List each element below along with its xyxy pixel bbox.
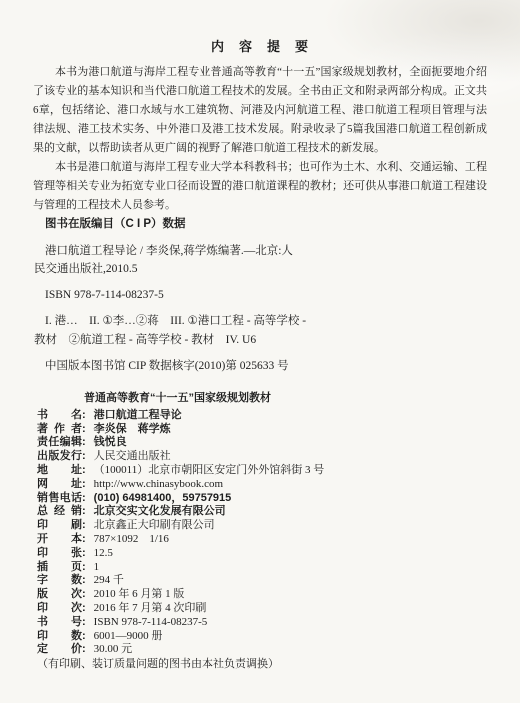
- colophon-row-value: 294 千: [94, 574, 124, 588]
- summary-section: 本书为港口航道与海岸工程专业普通高等教育“十一五”国家级规划教材，全面扼要地介绍…: [33, 63, 487, 215]
- cip-registry: 中国版本图书馆 CIP 数据核字(2010)第 025633 号: [34, 357, 334, 376]
- colophon-row-value: 2010 年 6 月第 1 版: [94, 588, 185, 602]
- colophon-row-value: http://www.chinasybook.com: [94, 478, 223, 492]
- colophon-row-label: 定价: [37, 643, 86, 657]
- cip-isbn: ISBN 978-7-114-08237-5: [34, 286, 334, 305]
- colophon-row-label: 书号: [37, 616, 86, 630]
- colophon-row: 版次 2010 年 6 月第 1 版: [37, 588, 499, 602]
- cip-classification-line: I. 港… II. ①李…②蒋 III. ①港口工程 - 高等学校 -: [34, 312, 334, 331]
- colophon-row-value: 人民交通出版社: [94, 450, 171, 464]
- series-title: 普通高等教育“十一五”国家级规划教材: [84, 392, 499, 406]
- colophon-row-label: 插页: [37, 561, 86, 575]
- colophon-row: 书号 ISBN 978-7-114-08237-5: [37, 616, 499, 630]
- colophon-row-value: 1: [94, 561, 100, 575]
- cip-heading: 图书在版编目（C I P）数据: [34, 215, 334, 234]
- colophon-row-value: 李炎保 蒋学炼: [94, 423, 171, 437]
- colophon-row-value: 2016 年 7 月第 4 次印刷: [94, 602, 207, 616]
- colophon-row: 定价 30.00 元: [37, 643, 499, 657]
- colophon-row: 总经销 北京交实文化发展有限公司: [37, 505, 499, 519]
- cip-classification-line: 教材 ②航道工程 - 高等学校 - 教材 IV. U6: [34, 331, 334, 350]
- colophon-row: 出版发行 人民交通出版社: [37, 450, 499, 464]
- colophon-row: 印次 2016 年 7 月第 4 次印刷: [37, 602, 499, 616]
- quality-exchange-note: （有印刷、装订质量问题的图书由本社负责调换）: [37, 658, 499, 672]
- colophon-row: 印刷 北京鑫正大印刷有限公司: [37, 519, 499, 533]
- colophon-row-label: 书名: [37, 409, 86, 423]
- colophon-row-label: 销售电话: [37, 492, 86, 506]
- colophon-row-label: 印张: [37, 547, 86, 561]
- colophon-row-value: 北京交实文化发展有限公司: [94, 505, 226, 519]
- colophon-row-value: 30.00 元: [94, 643, 133, 657]
- summary-title: 内 容 提 要: [0, 36, 520, 55]
- colophon-row: 地址 （100011）北京市朝阳区安定门外外馆斜街 3 号: [37, 464, 499, 478]
- colophon-row-value: (010) 64981400，59757915: [94, 492, 232, 506]
- cip-section: 图书在版编目（C I P）数据 港口航道工程导论 / 李炎保,蒋学炼编著.—北京…: [34, 215, 334, 376]
- colophon-row-value: 12.5: [94, 547, 113, 561]
- colophon-row-label: 著作者: [37, 423, 86, 437]
- colophon-row: 插页 1: [37, 561, 499, 575]
- colophon-row: 字数 294 千: [37, 574, 499, 588]
- colophon-row-label: 印数: [37, 630, 86, 644]
- colophon-row-label: 版次: [37, 588, 86, 602]
- copyright-page: 内 容 提 要 本书为港口航道与海岸工程专业普通高等教育“十一五”国家级规划教材…: [0, 0, 520, 703]
- cip-record-line: 港口航道工程导论 / 李炎保,蒋学炼编著.—北京:人: [34, 242, 334, 261]
- colophon-row-label: 开本: [37, 533, 86, 547]
- colophon-row: 著作者 李炎保 蒋学炼: [37, 423, 499, 437]
- colophon-row: 网址 http://www.chinasybook.com: [37, 478, 499, 492]
- colophon-row: 印数 6001—9000 册: [37, 630, 499, 644]
- colophon-row: 销售电话 (010) 64981400，59757915: [37, 492, 499, 506]
- cip-record-line: 民交通出版社,2010.5: [34, 260, 334, 279]
- colophon-row-label: 地址: [37, 464, 86, 478]
- colophon-row: 开本 787×1092 1/16: [37, 533, 499, 547]
- colophon-row-label: 字数: [37, 574, 86, 588]
- colophon-rows: 书名 港口航道工程导论 著作者 李炎保 蒋学炼 责任编辑 钱悦良 出版发行 人民…: [37, 409, 499, 657]
- colophon-row-value: 港口航道工程导论: [94, 409, 182, 423]
- colophon-section: 普通高等教育“十一五”国家级规划教材 书名 港口航道工程导论 著作者 李炎保 蒋…: [37, 392, 499, 672]
- colophon-row: 书名 港口航道工程导论: [37, 409, 499, 423]
- colophon-row: 责任编辑 钱悦良: [37, 436, 499, 450]
- colophon-row-label: 出版发行: [37, 450, 86, 464]
- colophon-row-value: 钱悦良: [94, 436, 127, 450]
- summary-paragraph: 本书为港口航道与海岸工程专业普通高等教育“十一五”国家级规划教材，全面扼要地介绍…: [33, 63, 487, 158]
- colophon-row-value: ISBN 978-7-114-08237-5: [94, 616, 208, 630]
- summary-paragraph: 本书是港口航道与海岸工程专业大学本科教科书；也可作为土木、水利、交通运输、工程管…: [33, 158, 487, 215]
- colophon-row-value: 787×1092 1/16: [94, 533, 169, 547]
- colophon-row-label: 网址: [37, 478, 86, 492]
- colophon-row-value: 北京鑫正大印刷有限公司: [94, 519, 215, 533]
- colophon-row: 印张 12.5: [37, 547, 499, 561]
- colophon-row-label: 责任编辑: [37, 436, 86, 450]
- colophon-row-value: 6001—9000 册: [94, 630, 163, 644]
- colophon-row-label: 印次: [37, 602, 86, 616]
- colophon-row-label: 印刷: [37, 519, 86, 533]
- colophon-row-value: （100011）北京市朝阳区安定门外外馆斜街 3 号: [94, 464, 325, 478]
- colophon-row-label: 总经销: [37, 505, 86, 519]
